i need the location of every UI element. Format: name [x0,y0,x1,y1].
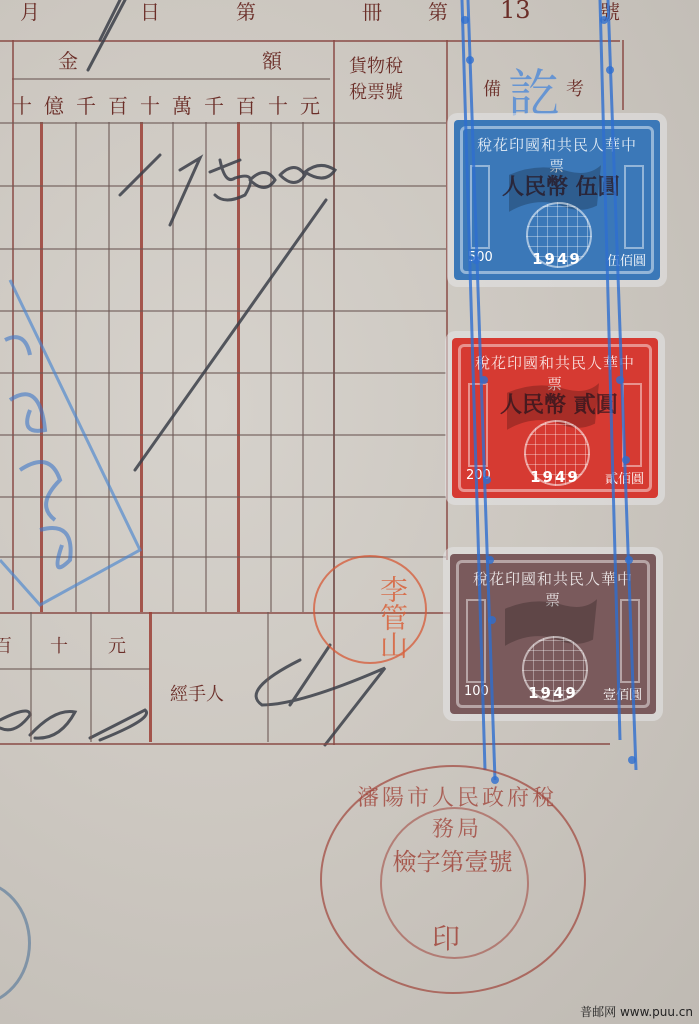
official-seal-center-text: 檢字第壹號 [390,847,515,877]
watermark: 普邮网 www.puu.cn [580,1003,693,1020]
personal-seal: 李管山 [313,555,427,664]
partial-blue-seal [0,880,31,1006]
personal-seal-text: 李管山 [329,575,409,659]
official-seal: 瀋陽市人民政府稅務局 檢字第壹號 印 [320,765,586,994]
handler-label: 經手人 [170,680,224,706]
lower-grid-col2 [90,612,92,742]
lower-digit-header: 十 [50,632,68,658]
official-seal-outer-text: 瀋陽市人民政府稅務局 [352,781,562,843]
lower-digit-header: 百 [0,632,12,658]
lower-grid-header-rule [0,668,150,670]
official-seal-bottom-text: 印 [432,917,460,957]
lower-grid-col4 [267,612,269,742]
lower-grid-col1 [30,612,32,742]
stamp-cancellation-lines [440,0,680,790]
lower-grid-col3 [149,612,152,742]
lower-digit-header: 元 [108,632,126,658]
revenue-receipt-photo: 月 日 第 冊 第 13 號 金 額 十億千百十萬千百十元 貨物稅 稅票號 備 … [0,0,699,1024]
